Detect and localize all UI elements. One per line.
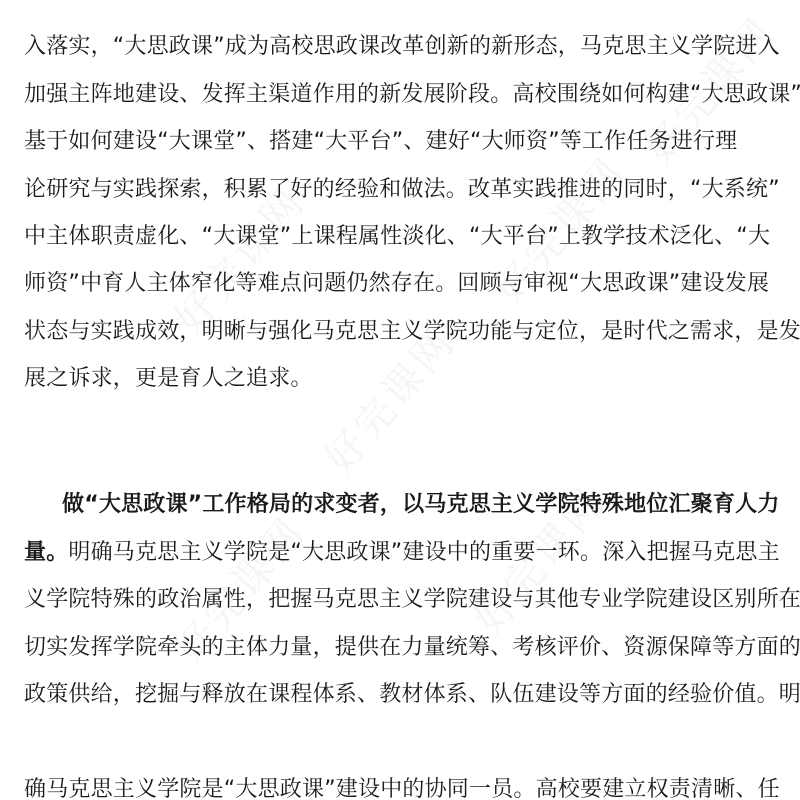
text-line: 入落实，“大思政课”成为高校思政课改革创新的新形态，马克思主义学院进入: [24, 32, 776, 62]
text-line-partial: 确马克思主义学院是“大思政课”建设中的协同一员。高校要建立权责清晰、任: [24, 775, 776, 800]
text-line: 切实发挥学院牵头的主体力量，提供在力量统筹、考核评价、资源保障等方面的: [24, 633, 776, 663]
text-span: 明确马克思主义学院是“大思政课”建设中的重要一环。深入把握马克思主: [68, 540, 779, 565]
text-line: 师资”中育人主体窄化等难点问题仍然存在。回顾与审视“大思政课”建设发展: [24, 269, 776, 299]
text-line: 基于如何建设“大课堂”、搭建“大平台”、建好“大师资”等工作任务进行理: [24, 127, 776, 157]
paragraph-heading: 做“大思政课”工作格局的求变者，以马克思主义学院特殊地位汇聚育人力: [62, 490, 776, 520]
document-page: 好完课网 好完课网 好完课网 好完课网 好完课网 好完课网 入落实，“大思政课”…: [0, 0, 800, 800]
text-line: 中主体职责虚化、“大课堂”上课程属性淡化、“大平台”上教学技术泛化、“大: [24, 222, 776, 252]
text-line: 加强主阵地建设、发挥主渠道作用的新发展阶段。高校围绕如何构建“大思政课”，: [24, 80, 776, 110]
text-line: 展之诉求，更是育人之追求。: [24, 364, 776, 394]
text-line: 量。明确马克思主义学院是“大思政课”建设中的重要一环。深入把握马克思主: [24, 538, 776, 568]
text-line: 政策供给，挖掘与释放在课程体系、教材体系、队伍建设等方面的经验价值。明: [24, 680, 776, 710]
text-line: 义学院特殊的政治属性，把握马克思主义学院建设与其他专业学院建设区别所在，: [24, 585, 776, 615]
paragraph-heading-end: 量。: [24, 540, 68, 565]
text-line: 论研究与实践探索，积累了好的经验和做法。改革实践推进的同时，“大系统”: [24, 175, 776, 205]
text-line: 状态与实践成效，明晰与强化马克思主义学院功能与定位，是时代之需求，是发: [24, 317, 776, 347]
